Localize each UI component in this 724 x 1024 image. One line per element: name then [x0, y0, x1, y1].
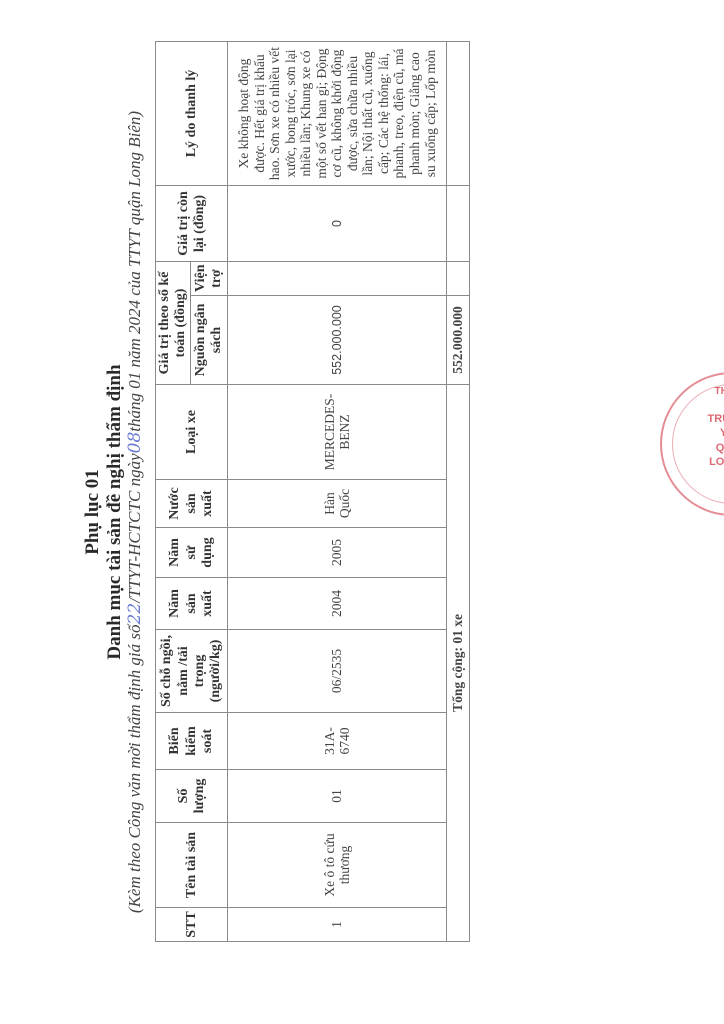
header-vehicle-type: Loại xe: [156, 385, 228, 480]
total-budget-source: 552.000.000: [447, 296, 470, 385]
header-reason: Lý do thanh lý: [156, 42, 228, 186]
document-heading: Danh mục tài sản đề nghị thẩm định: [104, 0, 126, 1024]
total-reason: [447, 42, 470, 186]
rotated-document-page: Phụ lục 01 Danh mục tài sản đề nghị thẩm…: [0, 0, 724, 1024]
header-manufacture-year: Năm sản xuất: [156, 578, 228, 630]
cell-budget-source: 552.000.000: [228, 296, 447, 385]
table-header-row: STT Tên tài sản Số lượng Biển kiểm soát …: [156, 42, 191, 942]
asset-table: STT Tên tài sản Số lượng Biển kiểm soát …: [155, 41, 470, 942]
total-row: Tổng cộng: 01 xe 552.000.000: [447, 42, 470, 942]
appendix-title: Phụ lục 01: [82, 0, 104, 1024]
seal-center-text: TRUNG T Y TẾ QUẬN LONG BI: [662, 412, 724, 469]
subtitle-suffix: tháng 01 năm 2024 của TTYT quận Long Biê…: [125, 111, 144, 432]
cell-quantity: 01: [228, 770, 447, 823]
seal-line-4: LONG BI: [662, 455, 724, 469]
total-residual: [447, 186, 470, 262]
header-license-plate: Biển kiểm soát: [156, 713, 228, 770]
cell-country: Hàn Quốc: [228, 480, 447, 528]
seal-top-text: THÀNH: [662, 386, 724, 397]
seal-line-2: Y TẾ: [662, 426, 724, 440]
header-stt: STT: [156, 908, 228, 942]
subtitle-mid: /TTYT-HCTCTC ngày: [125, 453, 144, 602]
seal-line-3: QUẬN: [662, 441, 724, 455]
official-seal: THÀNH TRUNG T Y TẾ QUẬN LONG BI ★: [660, 372, 724, 516]
header-residual-value: Giá trị còn lại (đồng): [156, 186, 228, 262]
cell-vehicle-type: MERCEDES-BENZ: [228, 385, 447, 480]
total-label: Tổng cộng: 01 xe: [447, 385, 470, 942]
header-seats-load: Số chỗ ngồi, nằm /tải trọng (người/kg): [156, 630, 228, 713]
total-aid: [447, 262, 470, 296]
header-aid: Viện trợ: [191, 262, 228, 296]
cell-manufacture-year: 2004: [228, 578, 447, 630]
header-budget-source: Nguồn ngân sách: [191, 296, 228, 385]
header-country: Nước sản xuất: [156, 480, 228, 528]
handwritten-doc-number: 22: [125, 603, 145, 625]
cell-stt: 1: [228, 908, 447, 942]
header-usage-year: Năm sử dụng: [156, 528, 228, 578]
table-row: 1 Xe ô tô cứu thương 01 31A-6740 06/2535…: [228, 42, 447, 942]
header-asset-name: Tên tài sản: [156, 823, 228, 908]
cell-usage-year: 2005: [228, 528, 447, 578]
seal-line-1: TRUNG T: [662, 412, 724, 426]
cell-reason: Xe không hoạt động được. Hết giá trị khấ…: [228, 42, 447, 186]
seal-star-icon: ★: [662, 489, 724, 500]
cell-aid: [228, 262, 447, 296]
header-quantity: Số lượng: [156, 770, 228, 823]
handwritten-day: 08: [125, 432, 145, 454]
cell-license-plate: 31A-6740: [228, 713, 447, 770]
header-book-value: Giá trị theo sổ kế toán (đồng): [156, 262, 191, 385]
document-subtitle: (Kèm theo Công văn mời thẩm định giá số2…: [125, 0, 145, 1024]
subtitle-prefix: (Kèm theo Công văn mời thẩm định giá số: [125, 624, 144, 913]
cell-residual-value: 0: [228, 186, 447, 262]
cell-seats-load: 06/2535: [228, 630, 447, 713]
cell-asset-name: Xe ô tô cứu thương: [228, 823, 447, 908]
